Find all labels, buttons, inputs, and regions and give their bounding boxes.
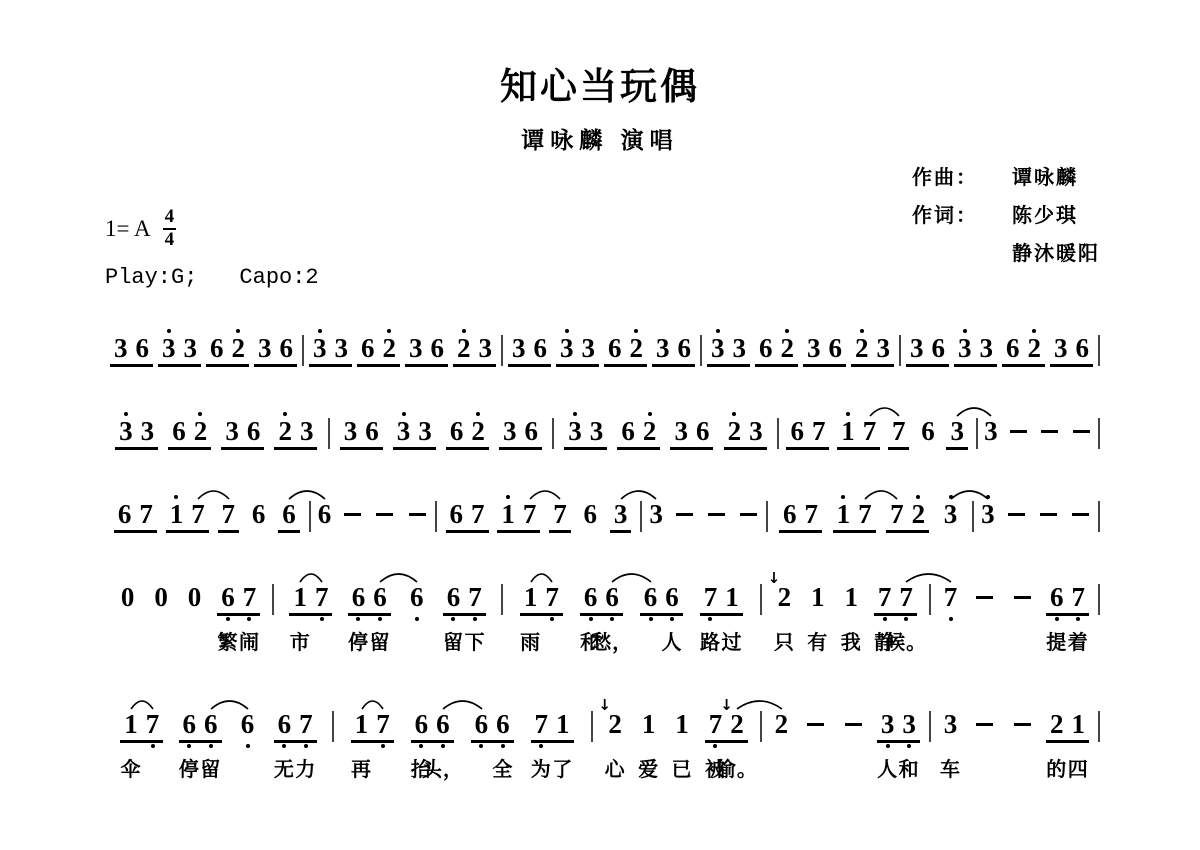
note: 6 (692, 417, 714, 445)
note-group: 2 (771, 710, 793, 743)
note-digit: 7 (243, 583, 257, 611)
note (1008, 710, 1037, 738)
note-digit: 3 (881, 710, 895, 738)
note-digit: 7 (471, 500, 485, 528)
note: 1我 (840, 583, 862, 611)
note: 7下 (464, 583, 486, 611)
measure: 33623623 (105, 397, 328, 450)
measure: 3 (642, 480, 766, 533)
time-signature: 4 4 (163, 207, 177, 251)
note: 2 (851, 334, 873, 362)
beamed-note-group: 17 (497, 500, 540, 533)
note: 3 (946, 417, 968, 445)
barline (1098, 501, 1100, 532)
note: 6全 (492, 710, 514, 738)
octave-dot-low (539, 744, 543, 748)
lyric-syllable: 停 (348, 626, 369, 655)
slide-down-icon: ↓ (720, 696, 733, 714)
lyric-syllable: 提 (1046, 626, 1067, 655)
note: 6 (406, 583, 428, 611)
note (1008, 583, 1037, 611)
note: 3 (980, 417, 1002, 445)
music-line: 33623623363362363362362367177633 (105, 397, 1100, 450)
beamed-note-group: 6停6留 (348, 583, 391, 616)
note: 6停 (348, 583, 370, 611)
measure: 36336236 (503, 314, 700, 367)
measure: 2↓只1有1我7静7候。 (762, 563, 929, 616)
beamed-note-group: 17 (833, 500, 876, 533)
octave-dot-low (282, 744, 286, 748)
note-digit: 1 (293, 583, 307, 611)
note-group (702, 500, 731, 533)
note: 3 (137, 417, 159, 445)
note-digit: 3 (980, 334, 994, 362)
lyric-syllable: 市 (290, 626, 311, 655)
note (839, 710, 868, 738)
lyric-syllable: 爱 (638, 753, 659, 782)
note: 6 (278, 500, 300, 528)
rest-note: 0 (121, 583, 135, 611)
note-digit: 7 (545, 583, 559, 611)
beamed-note-group: 62 (206, 334, 249, 367)
note-digit: 7 (812, 417, 826, 445)
lyric-syllable: 有 (807, 626, 828, 655)
slide-down-icon: ↓ (598, 696, 611, 714)
note: 1 (837, 417, 859, 445)
measure: 2↓心1爱1已7被2↓偷。 (593, 690, 760, 743)
note: 6 (168, 417, 190, 445)
measure: 1伞76停6留66无7力 (105, 690, 332, 743)
octave-dot-high (506, 495, 510, 499)
note-digit: 1 (844, 583, 858, 611)
note: 2 (228, 334, 250, 362)
note: 6和 (580, 583, 602, 611)
note: 3 (940, 500, 962, 528)
note-digit: 3 (409, 334, 423, 362)
note: 7 (854, 500, 876, 528)
note: 6 (237, 710, 259, 738)
dash-note (708, 513, 725, 516)
note-digit: 6 (352, 583, 366, 611)
note: 6 (314, 500, 336, 528)
note: 6 (132, 334, 154, 362)
note-digit: 1 (725, 583, 739, 611)
note: 7 (519, 500, 541, 528)
note-group: 3 (645, 500, 667, 533)
note: 6 (640, 583, 662, 611)
note: 3 (393, 417, 415, 445)
note: 7 (940, 583, 962, 611)
note-digit: 6 (282, 500, 296, 528)
note-digit: 3 (560, 334, 574, 362)
beamed-note-group: 66人 (640, 583, 683, 616)
note-group: 6 (917, 417, 939, 450)
note: 2 (1024, 334, 1046, 362)
note: 1 (497, 500, 519, 528)
note-digit: 2 (278, 417, 292, 445)
note-digit: 7 (553, 500, 567, 528)
note: 1过 (721, 583, 743, 611)
note: 3 (331, 334, 353, 362)
note: 1 (166, 500, 188, 528)
note: 7 (311, 583, 333, 611)
octave-dot-high (986, 495, 990, 499)
note: 7 (372, 710, 394, 738)
lyric-syllable: 闹 (239, 626, 260, 655)
octave-dot-low (708, 617, 712, 621)
octave-dot-high (462, 329, 466, 333)
note-digit: 6 (136, 334, 150, 362)
note-digit: 6 (525, 417, 539, 445)
octave-dot-low (419, 744, 423, 748)
beamed-note-group: 1市7 (289, 583, 332, 616)
note: 3 (745, 417, 767, 445)
note-digit: 3 (503, 417, 517, 445)
beamed-note-group: 36 (221, 417, 264, 450)
music-line: 3633623633623623363362363362362336336236 (105, 314, 1100, 367)
note (370, 500, 399, 528)
beamed-note-group: 67 (114, 500, 157, 533)
note-group: 1爱 (638, 710, 660, 743)
note-group: 6 (237, 710, 259, 743)
beamed-note-group: 6抬6头， (411, 710, 454, 743)
note-digit: 1 (355, 710, 369, 738)
note-digit: 6 (241, 710, 255, 738)
note: 7 (808, 417, 830, 445)
capo-info: Capo:2 (239, 265, 318, 290)
octave-dot-low (589, 617, 593, 621)
note: 6 (674, 334, 696, 362)
note (1034, 500, 1063, 528)
note-digit: 2 (457, 334, 471, 362)
note-digit: 6 (210, 334, 224, 362)
note: 3 (645, 500, 667, 528)
note: 6 (206, 334, 228, 362)
note-digit: 2 (471, 417, 485, 445)
note-digit: 6 (584, 500, 598, 528)
note: 1雨 (520, 583, 542, 611)
note-digit: 3 (902, 710, 916, 738)
octave-dot-high (573, 412, 577, 416)
note-digit: 3 (656, 334, 670, 362)
note: 2 (771, 710, 793, 738)
note-group (1034, 500, 1063, 533)
note-digit: 7 (376, 710, 390, 738)
measure: 33623623 (554, 397, 777, 450)
beamed-note-group: 33 (115, 417, 158, 450)
time-numerator: 4 (163, 207, 177, 230)
note: 2↓只 (774, 583, 796, 611)
note: 3 (652, 334, 674, 362)
octave-dot-low (904, 617, 908, 621)
note: 7 (467, 500, 489, 528)
note-digit: 6 (447, 583, 461, 611)
beamed-note-group: 6 (278, 500, 300, 533)
lyric-syllable: 人 (877, 753, 898, 782)
note-digit: 7 (704, 583, 718, 611)
dash-note (807, 723, 824, 726)
note: 6 (248, 500, 270, 528)
note-digit: 1 (501, 500, 515, 528)
note: 2↓偷。 (726, 710, 748, 738)
measure: 36336236 (330, 397, 553, 450)
note: 2 (724, 417, 746, 445)
note-digit: 3 (984, 417, 998, 445)
lyricist-label: 作词： (912, 199, 978, 228)
note-digit: 3 (711, 334, 725, 362)
note: 6 (446, 417, 468, 445)
octave-dot-low (883, 617, 887, 621)
note: 7 (218, 500, 240, 528)
note-group (734, 500, 763, 533)
note-digit: 6 (665, 583, 679, 611)
beamed-note-group: 66全 (471, 710, 514, 743)
dash-note (1014, 596, 1031, 599)
lyric-syllable: 和 (899, 753, 920, 782)
beamed-note-group: 33 (309, 334, 352, 367)
lyric-syllable: 着 (1068, 626, 1089, 655)
lyric-syllable: 下 (464, 626, 485, 655)
note: 6 (755, 334, 777, 362)
lyric-syllable: 头， (422, 753, 464, 782)
beamed-note-group: 7 (218, 500, 240, 533)
dash-note (1041, 430, 1058, 433)
note-digit: 7 (892, 417, 906, 445)
note-group (1002, 500, 1031, 533)
octave-dot-low (187, 744, 191, 748)
octave-dot-low (949, 617, 953, 621)
note: 6 (617, 417, 639, 445)
note: 1伞 (120, 710, 142, 738)
note-digit: 1 (1072, 710, 1086, 738)
beamed-note-group: 36 (340, 417, 383, 450)
note: 6无 (274, 710, 296, 738)
note-group: 6 (580, 500, 602, 533)
octave-dot-low (473, 617, 477, 621)
note: 2 (379, 334, 401, 362)
note: 3 (475, 334, 497, 362)
note: 2 (453, 334, 475, 362)
note: 6 (786, 417, 808, 445)
note-digit: 6 (450, 500, 464, 528)
note-group: 6 (314, 500, 336, 533)
octave-dot-low (304, 744, 308, 748)
note: 3 (499, 417, 521, 445)
note-digit: 3 (258, 334, 272, 362)
barline (1098, 418, 1100, 449)
note-digit: 2 (1028, 334, 1042, 362)
note-digit: 3 (397, 417, 411, 445)
octave-dot-high (648, 412, 652, 416)
measure: 6717723 (768, 480, 972, 533)
note-digit: 3 (114, 334, 128, 362)
key-block: 1= A 4 4 Play:G;Capo:2 (105, 207, 319, 290)
measure: 1市76停6留66留7下 (274, 563, 501, 616)
octave-dot-high (916, 495, 920, 499)
note-digit: 2 (630, 334, 644, 362)
dash-note (344, 513, 361, 516)
note-digit: 1 (642, 710, 656, 738)
octave-dot-high (841, 495, 845, 499)
note-digit: 7 (804, 500, 818, 528)
composer-name: 谭咏麟 (1012, 161, 1100, 190)
slide-down-icon: ↓ (768, 569, 781, 587)
note: 0 (150, 583, 172, 611)
note: 6 (580, 500, 602, 528)
measure: 1再76抬6头，66全7为1了 (334, 690, 591, 743)
note-digit: 6 (605, 583, 619, 611)
note-digit: 2 (608, 710, 622, 738)
beamed-note-group: 3人3和 (877, 710, 920, 743)
note (970, 583, 999, 611)
key-signature: 1= A 4 4 (105, 207, 319, 251)
note-digit: 1 (170, 500, 184, 528)
octave-dot-low (441, 744, 445, 748)
lyric-syllable: 我 (841, 626, 862, 655)
note: 6 (114, 500, 136, 528)
note-digit: 6 (280, 334, 294, 362)
beamed-note-group: 3 (610, 500, 632, 533)
note: 3车 (940, 710, 962, 738)
octave-dot-low (415, 617, 419, 621)
lyric-syllable: 已 (672, 753, 693, 782)
note-digit: 3 (344, 417, 358, 445)
lyric-syllable: 停 (179, 753, 200, 782)
note: 2↓心 (604, 710, 626, 738)
key-prefix: 1= A (105, 216, 151, 242)
note-digit: 3 (910, 334, 924, 362)
note (1066, 500, 1095, 528)
beamed-note-group: 23 (453, 334, 496, 367)
note-digit: 6 (678, 334, 692, 362)
dash-note (1010, 430, 1027, 433)
composer-label: 作曲： (912, 161, 978, 190)
note: 3 (586, 417, 608, 445)
beamed-note-group: 33 (954, 334, 997, 367)
dash-note (740, 513, 757, 516)
beamed-note-group: 33 (564, 417, 607, 450)
note-digit: 6 (172, 417, 186, 445)
note-group (338, 500, 367, 533)
note: 6 (471, 710, 493, 738)
note-group: 3车 (940, 710, 962, 743)
note-digit: 3 (568, 417, 582, 445)
note: 6繁 (217, 583, 239, 611)
note-digit: 2 (383, 334, 397, 362)
dash-note (1014, 723, 1031, 726)
beamed-note-group: 62 (755, 334, 798, 367)
note-digit: 3 (335, 334, 349, 362)
note-digit: 2 (781, 334, 795, 362)
octave-dot-high (860, 329, 864, 333)
note-digit: 7 (535, 710, 549, 738)
note-digit: 6 (1050, 583, 1064, 611)
note-digit: 3 (1054, 334, 1068, 362)
note: 6愁， (601, 583, 623, 611)
note: 3人 (877, 710, 899, 738)
note: 6头， (432, 710, 454, 738)
note: 6提 (1046, 583, 1068, 611)
note: 6 (521, 417, 543, 445)
note-digit: 1 (811, 583, 825, 611)
octave-dot-low (610, 617, 614, 621)
note: 3 (158, 334, 180, 362)
note: 7闹 (239, 583, 261, 611)
octave-dot-high (785, 329, 789, 333)
note-digit: 3 (313, 334, 327, 362)
performer-line: 谭咏麟 演唱 (0, 122, 1200, 155)
octave-dot-low (479, 744, 483, 748)
beamed-note-group: 6和6愁， (580, 583, 623, 616)
note-digit: 6 (318, 500, 332, 528)
note-group: 6 (406, 583, 428, 616)
beamed-note-group: 1雨7 (520, 583, 563, 616)
beamed-note-group: 23 (724, 417, 767, 450)
octave-dot-low (320, 617, 324, 621)
note: 6 (361, 417, 383, 445)
note-digit: 3 (418, 417, 432, 445)
beamed-note-group: 6繁7闹 (217, 583, 260, 616)
note-digit: 3 (950, 417, 964, 445)
beamed-note-group: 36 (670, 417, 713, 450)
note-digit: 7 (890, 500, 904, 528)
dash-note (676, 513, 693, 516)
note: 3 (578, 334, 600, 362)
note (702, 500, 731, 528)
note-digit: 1 (841, 417, 855, 445)
note: 3 (707, 334, 729, 362)
note-digit: 3 (184, 334, 198, 362)
note-digit: 7 (944, 583, 958, 611)
lyric-syllable: 了 (552, 753, 573, 782)
note: 3 (976, 334, 998, 362)
note-digit: 3 (749, 417, 763, 445)
octave-dot-high (198, 412, 202, 416)
lyric-syllable: 人 (662, 626, 683, 655)
octave-dot-low (501, 744, 505, 748)
beamed-note-group: 62 (446, 417, 489, 450)
beamed-note-group: 17 (837, 417, 880, 450)
beamed-note-group: 36 (906, 334, 949, 367)
lyric-syllable: 心 (605, 753, 626, 782)
note-group: 3 (977, 500, 999, 533)
note: 6 (928, 334, 950, 362)
credits-block: 作曲： 谭咏麟 作词： 陈少琪 静沐暖阳 (912, 161, 1100, 266)
beamed-note-group: 23 (274, 417, 317, 450)
note-digit: 3 (649, 500, 663, 528)
lyric-syllable: 只 (774, 626, 795, 655)
octave-dot-high (634, 329, 638, 333)
note: 2 (626, 334, 648, 362)
beamed-note-group: 6提7着 (1046, 583, 1089, 616)
lyric-syllable: 伞 (121, 753, 142, 782)
note: 6 (1002, 334, 1024, 362)
note: 6停 (179, 710, 201, 738)
note-digit: 1 (124, 710, 138, 738)
lyric-syllable: 全 (492, 753, 513, 782)
lyricist-name: 陈少琪 (1012, 199, 1100, 228)
note-group (1004, 417, 1033, 450)
note-digit: 3 (141, 417, 155, 445)
lyric-syllable: 愁， (591, 626, 633, 655)
octave-dot-low (1076, 617, 1080, 621)
note: 3 (610, 500, 632, 528)
note: 3 (296, 417, 318, 445)
measure: 36336236 (901, 314, 1098, 367)
note-digit: 6 (118, 500, 132, 528)
beamed-note-group: 3 (946, 417, 968, 450)
note-digit: 6 (696, 417, 710, 445)
